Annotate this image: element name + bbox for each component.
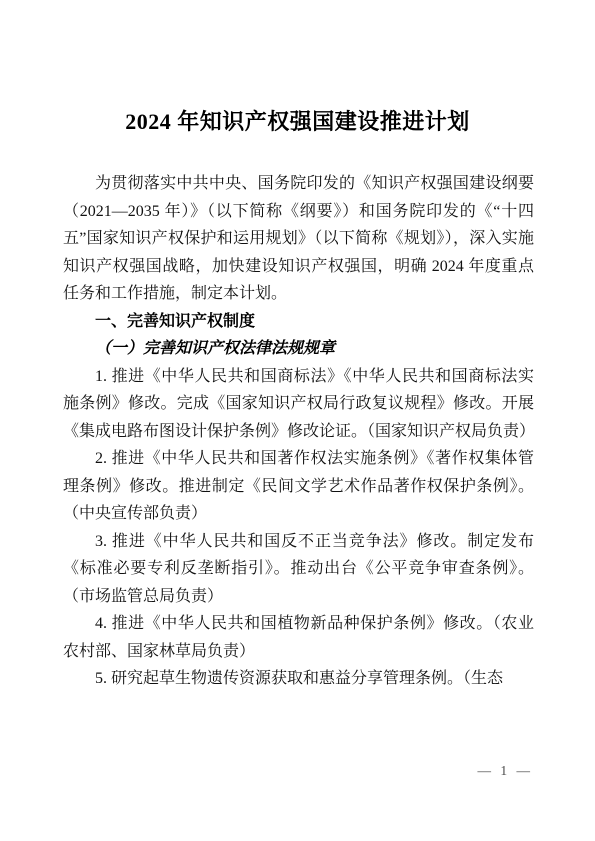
document-body: 为贯彻落实中共中央、国务院印发的《知识产权强国建设纲要（2021—2035 年）… bbox=[63, 170, 534, 693]
list-item-4: 4. 推进《中华人民共和国植物新品种保护条例》修改。（农业农村部、国家林草局负责… bbox=[63, 610, 534, 665]
list-item-1: 1. 推进《中华人民共和国商标法》《中华人民共和国商标法实施条例》修改。完成《国… bbox=[63, 363, 534, 446]
list-item-5: 5. 研究起草生物遗传资源获取和惠益分享管理条例。（生态 bbox=[63, 665, 534, 693]
list-item-2: 2. 推进《中华人民共和国著作权法实施条例》《著作权集体管理条例》修改。推进制定… bbox=[63, 445, 534, 528]
document-title: 2024 年知识产权强国建设推进计划 bbox=[0, 105, 595, 136]
document-page: 2024 年知识产权强国建设推进计划 为贯彻落实中共中央、国务院印发的《知识产权… bbox=[0, 0, 595, 841]
intro-paragraph: 为贯彻落实中共中央、国务院印发的《知识产权强国建设纲要（2021—2035 年）… bbox=[63, 170, 534, 308]
page-number: — 1 — bbox=[478, 763, 534, 779]
list-item-3: 3. 推进《中华人民共和国反不正当竞争法》修改。制定发布《标准必要专利反垄断指引… bbox=[63, 528, 534, 611]
section-heading: 一、完善知识产权制度 bbox=[63, 308, 534, 336]
subsection-heading: （一）完善知识产权法律法规规章 bbox=[63, 335, 534, 363]
